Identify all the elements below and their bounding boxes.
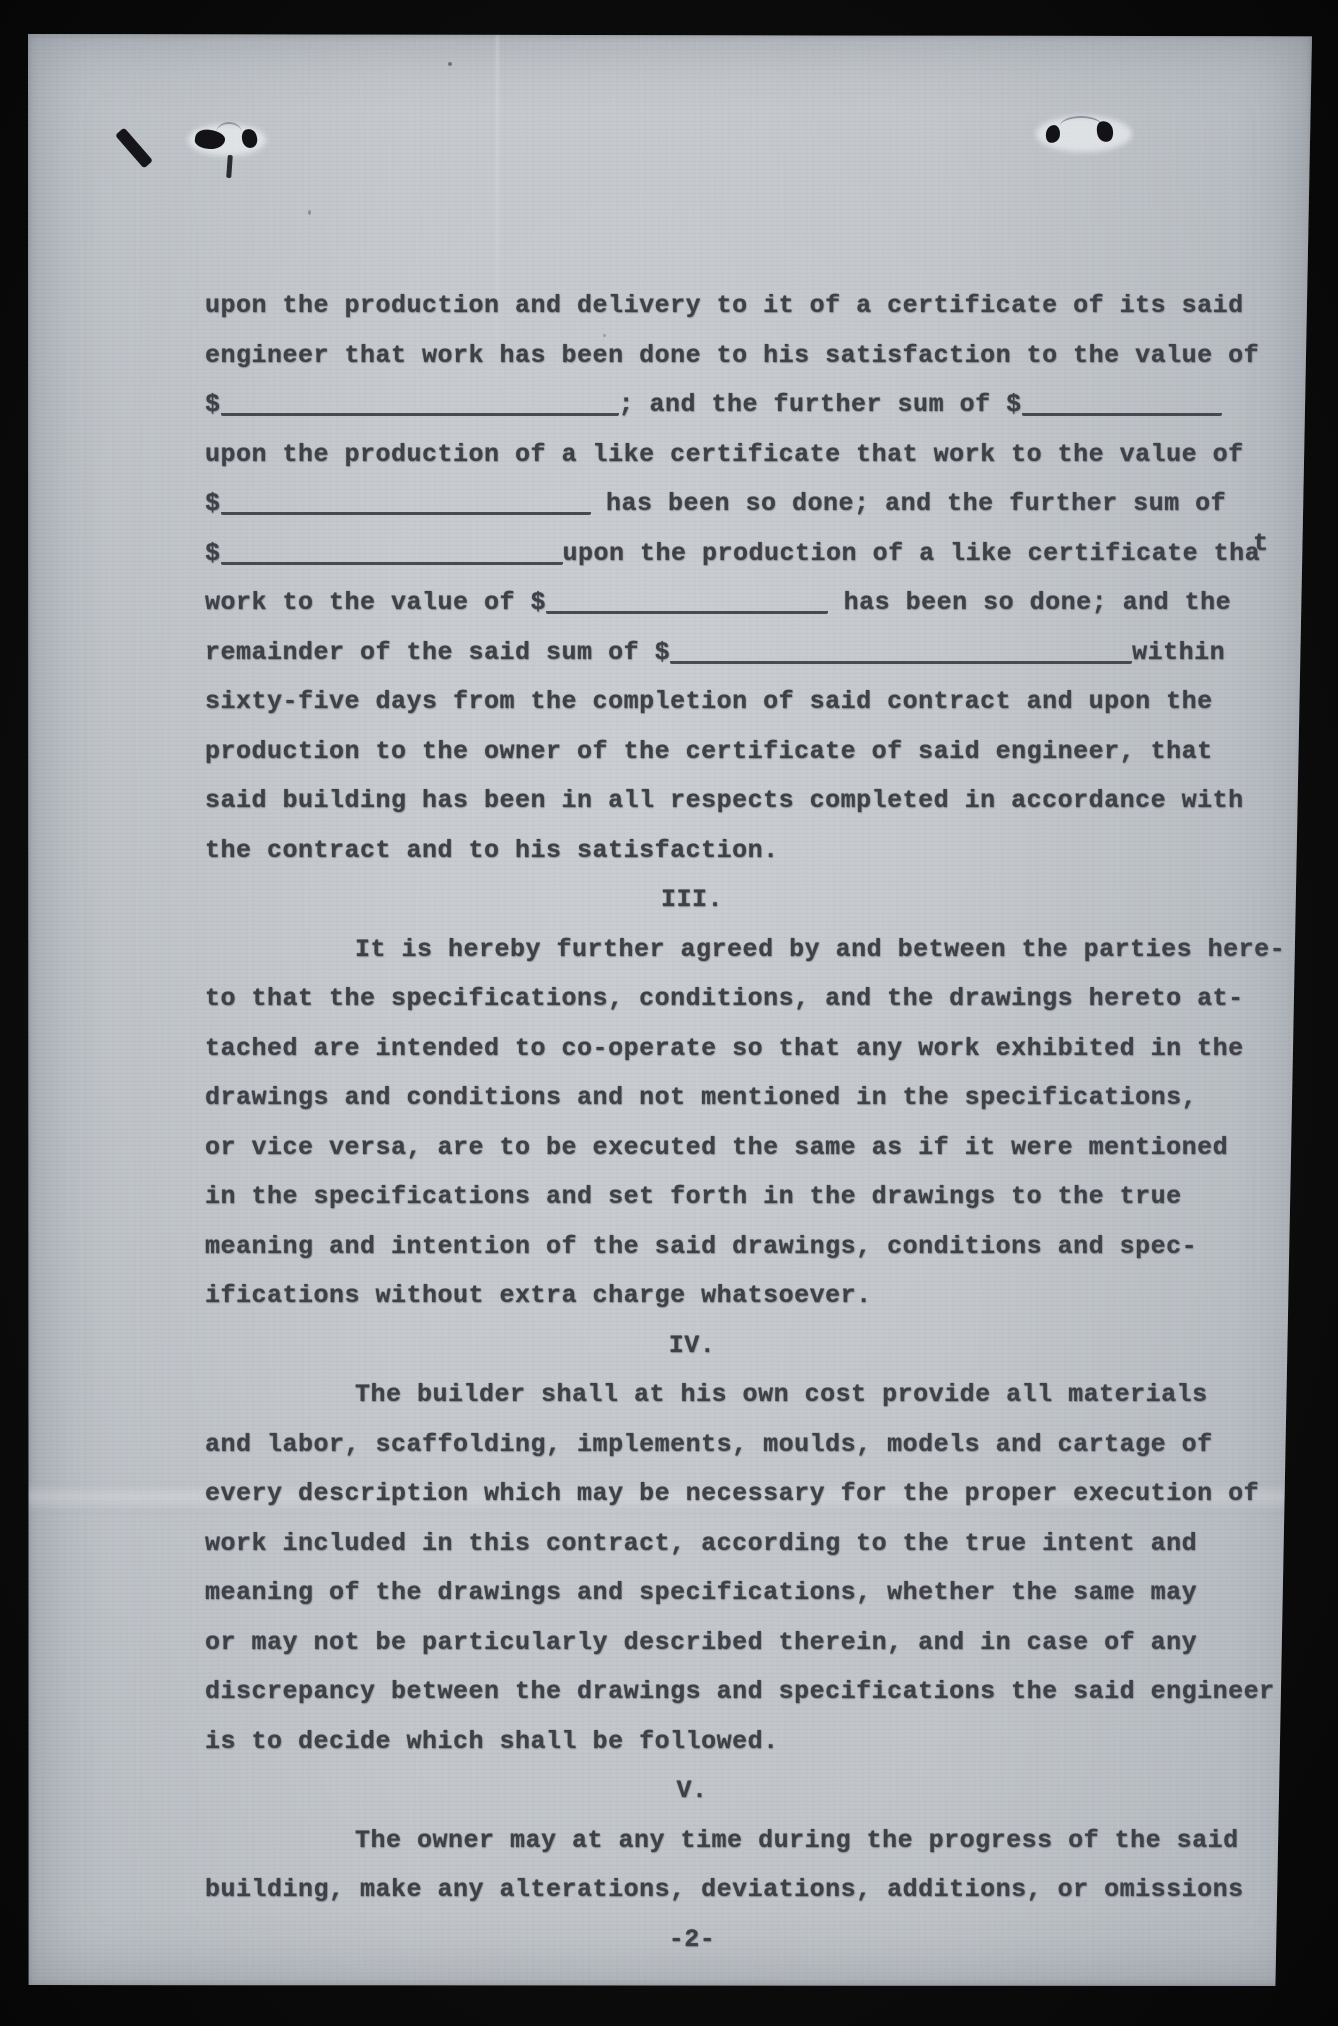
typed-text-segment: drawings and conditions and not mentione… <box>205 1083 1197 1112</box>
paper-speck <box>308 210 311 215</box>
scanned-document: upon the production and delivery to it o… <box>0 0 1338 2026</box>
typed-line: or vice versa, are to be executed the sa… <box>205 1123 1217 1173</box>
typed-line: production to the owner of the certifica… <box>205 727 1217 777</box>
typed-line: sixty-five days from the completion of s… <box>205 677 1217 727</box>
typed-line: $upon the production of a like certifica… <box>205 529 1217 579</box>
typed-text-segment: meaning and intention of the said drawin… <box>205 1232 1197 1261</box>
pencil-scratch-mark <box>216 122 242 133</box>
typed-line: ifications without extra charge whatsoev… <box>205 1271 1217 1321</box>
typed-line: It is hereby further agreed by and betwe… <box>205 925 1217 975</box>
typed-text-segment: ifications without extra charge whatsoev… <box>205 1281 872 1310</box>
typed-line: The owner may at any time during the pro… <box>205 1816 1217 1866</box>
typed-text-segment: ; and the further sum of $ <box>619 390 1022 419</box>
raised-overstruck-character: t <box>1253 519 1269 569</box>
typed-text-segment: or may not be particularly described the… <box>205 1628 1197 1657</box>
ink-tick-mark <box>226 155 233 178</box>
typed-text-segment: upon the production and delivery to it o… <box>205 291 1244 320</box>
blank-underline <box>221 396 619 416</box>
blank-underline <box>670 644 1132 664</box>
typed-line: or may not be particularly described the… <box>205 1618 1217 1668</box>
typed-text-segment: V. <box>676 1776 707 1805</box>
typed-text-segment: has been so done; and the <box>828 588 1231 617</box>
typed-line: meaning of the drawings and specificatio… <box>205 1568 1217 1618</box>
typed-line: upon the production of a like certificat… <box>205 430 1217 480</box>
typed-text-segment: engineer that work has been done to his … <box>205 341 1259 370</box>
typed-line: the contract and to his satisfaction. <box>205 826 1217 876</box>
typed-line: $; and the further sum of $ <box>205 380 1217 430</box>
section-heading-v: V. <box>186 1766 1198 1816</box>
typed-text-segment: III. <box>661 885 723 914</box>
paper-speck <box>448 62 452 66</box>
typed-text-segment: meaning of the drawings and specificatio… <box>205 1578 1197 1607</box>
typed-line: The builder shall at his own cost provid… <box>205 1370 1217 1420</box>
typed-line: meaning and intention of the said drawin… <box>205 1222 1217 1272</box>
typed-text-segment: discrepancy between the drawings and spe… <box>205 1677 1275 1706</box>
typed-text: upon the production and delivery to it o… <box>205 281 1217 1964</box>
blank-underline <box>546 594 828 614</box>
typed-line: drawings and conditions and not mentione… <box>205 1073 1217 1123</box>
typed-text-segment: The builder shall at his own cost provid… <box>355 1380 1208 1409</box>
typed-text-segment: every description which may be necessary… <box>205 1479 1259 1508</box>
typed-text-segment: remainder of the said sum of $ <box>205 638 670 667</box>
typed-text-segment: upon the production of a like certificat… <box>205 440 1244 469</box>
typed-line: said building has been in all respects c… <box>205 776 1217 826</box>
typed-text-segment: production to the owner of the certifica… <box>205 737 1213 766</box>
typed-text-segment: It is hereby further agreed by and betwe… <box>355 935 1285 964</box>
typed-line: upon the production and delivery to it o… <box>205 281 1217 331</box>
page-number: -2- <box>186 1915 1198 1965</box>
typed-line: building, make any alterations, deviatio… <box>205 1865 1217 1915</box>
typed-text-segment: $ <box>205 390 221 419</box>
typed-line: $ has been so done; and the further sum … <box>205 479 1217 529</box>
typed-line: work to the value of $ has been so done;… <box>205 578 1217 628</box>
typed-line: work included in this contract, accordin… <box>205 1519 1217 1569</box>
typed-text-segment: to that the specifications, conditions, … <box>205 984 1244 1013</box>
blank-underline <box>1022 396 1222 416</box>
document-page: upon the production and delivery to it o… <box>28 34 1312 1986</box>
typed-line: every description which may be necessary… <box>205 1469 1217 1519</box>
typed-text-segment: and labor, scaffolding, implements, moul… <box>205 1430 1213 1459</box>
typed-text-segment: or vice versa, are to be executed the sa… <box>205 1133 1228 1162</box>
typed-text-segment: the contract and to his satisfaction. <box>205 836 779 865</box>
typed-text-segment: in the specifications and set forth in t… <box>205 1182 1182 1211</box>
typed-line: is to decide which shall be followed. <box>205 1717 1217 1767</box>
typed-text-segment: sixty-five days from the completion of s… <box>205 687 1213 716</box>
section-heading-iii: III. <box>186 875 1198 925</box>
typed-line: remainder of the said sum of $within <box>205 628 1217 678</box>
typed-line: tached are intended to co-operate so tha… <box>205 1024 1217 1074</box>
typed-text-segment: tached are intended to co-operate so tha… <box>205 1034 1244 1063</box>
typed-text-segment: $ <box>205 539 221 568</box>
typed-text-segment: upon the production of a like certificat… <box>563 539 1261 568</box>
typed-line: and labor, scaffolding, implements, moul… <box>205 1420 1217 1470</box>
typed-text-segment: -2- <box>669 1925 716 1954</box>
typed-text-segment: within <box>1132 638 1225 667</box>
section-heading-iv: IV. <box>186 1321 1198 1371</box>
typed-text-segment: building, make any alterations, deviatio… <box>205 1875 1244 1904</box>
typed-text-segment: work included in this contract, accordin… <box>205 1529 1197 1558</box>
typed-line: engineer that work has been done to his … <box>205 331 1217 381</box>
typed-text-segment: work to the value of $ <box>205 588 546 617</box>
blank-underline <box>221 545 563 565</box>
blank-underline <box>221 495 591 515</box>
typed-line: to that the specifications, conditions, … <box>205 974 1217 1024</box>
typed-text-segment: The owner may at any time during the pro… <box>355 1826 1239 1855</box>
typed-text-segment: said building has been in all respects c… <box>205 786 1244 815</box>
typed-line: discrepancy between the drawings and spe… <box>205 1667 1217 1717</box>
typed-text-segment: has been so done; and the further sum of <box>591 489 1227 518</box>
typed-text-segment: is to decide which shall be followed. <box>205 1727 779 1756</box>
typed-text-segment: $ <box>205 489 221 518</box>
typed-text-segment: IV. <box>669 1331 716 1360</box>
typed-line: in the specifications and set forth in t… <box>205 1172 1217 1222</box>
ink-stroke-mark <box>115 127 153 168</box>
